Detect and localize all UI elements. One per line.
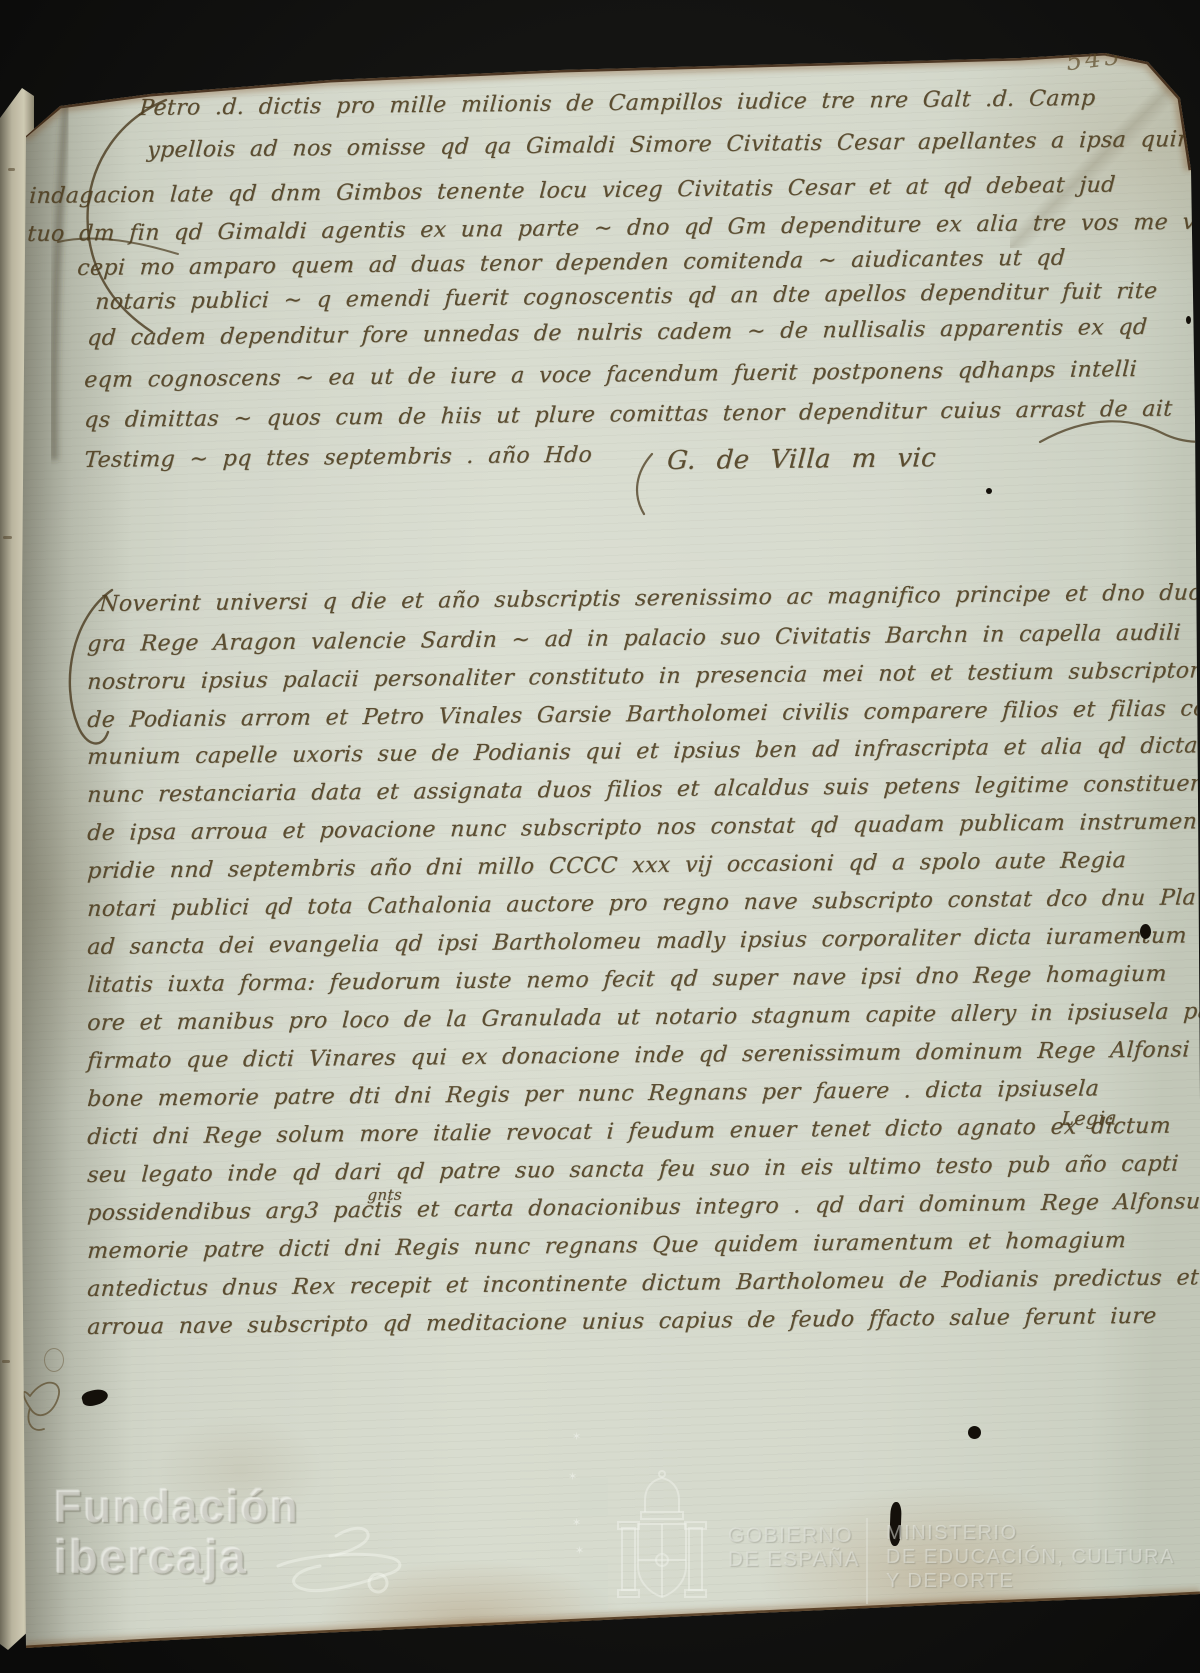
watermark-divider [866, 1518, 868, 1604]
watermark-ministerio-line2: DE EDUCACIÓN, CULTURA [886, 1546, 1175, 1569]
ink-dot [986, 488, 992, 494]
ink-speck [3, 536, 12, 539]
notary-signature: G. de Villa m vic [666, 443, 937, 476]
scanned-manuscript-photo: r 545 Petro .d. dictis pro mille milioni… [0, 0, 1200, 1673]
ink-dot [1186, 316, 1191, 324]
ink-ring-stain [44, 1348, 64, 1372]
watermark-gobierno-line2: DE ESPAÑA [728, 1548, 860, 1572]
manuscript-line: Testimg ~ pq ttes septembris . año Hdo [84, 443, 593, 473]
ink-speck [8, 168, 15, 171]
watermark-ibercaja-line2: ibercaja [54, 1533, 299, 1580]
folio-mark-left: r [54, 46, 65, 71]
watermark-ministerio-line3: Y DEPORTE [886, 1570, 1014, 1593]
watermark-flag-block [580, 1560, 608, 1610]
manuscript-page: r 545 Petro .d. dictis pro mille milioni… [0, 0, 1200, 1673]
watermark-flag-block [580, 1478, 608, 1516]
watermark-gobierno-line1: GOBIERNO [728, 1524, 853, 1548]
eu-star-icon: ✶ [568, 1470, 577, 1483]
eu-star-icon: ✶ [572, 1430, 581, 1443]
ink-speck [2, 1360, 10, 1363]
marginal-word: Legia [1061, 1107, 1118, 1130]
marginal-word: gnts [367, 1186, 403, 1204]
ink-blot [1140, 924, 1151, 939]
watermark-ibercaja: Fundación ibercaja [54, 1484, 299, 1580]
eu-star-icon: ✶ [572, 1516, 581, 1529]
ink-blot [968, 1426, 981, 1439]
watermark-ministerio-line1: MINISTERIO [886, 1522, 1018, 1545]
eu-star-icon: ✶ [575, 1544, 584, 1557]
watermark-ibercaja-line1: Fundación [54, 1484, 299, 1529]
